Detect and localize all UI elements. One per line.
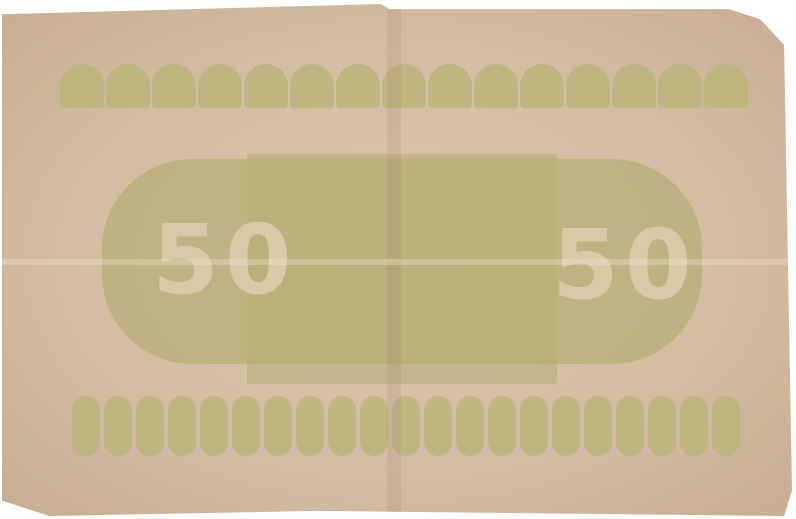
bottom-wave-border	[72, 396, 747, 460]
banknote: 50 50	[2, 4, 792, 516]
top-scallop-border	[60, 64, 750, 114]
horizontal-fold	[2, 259, 792, 265]
photo: 50 50	[0, 0, 796, 519]
denomination-right: 50	[552, 209, 698, 321]
